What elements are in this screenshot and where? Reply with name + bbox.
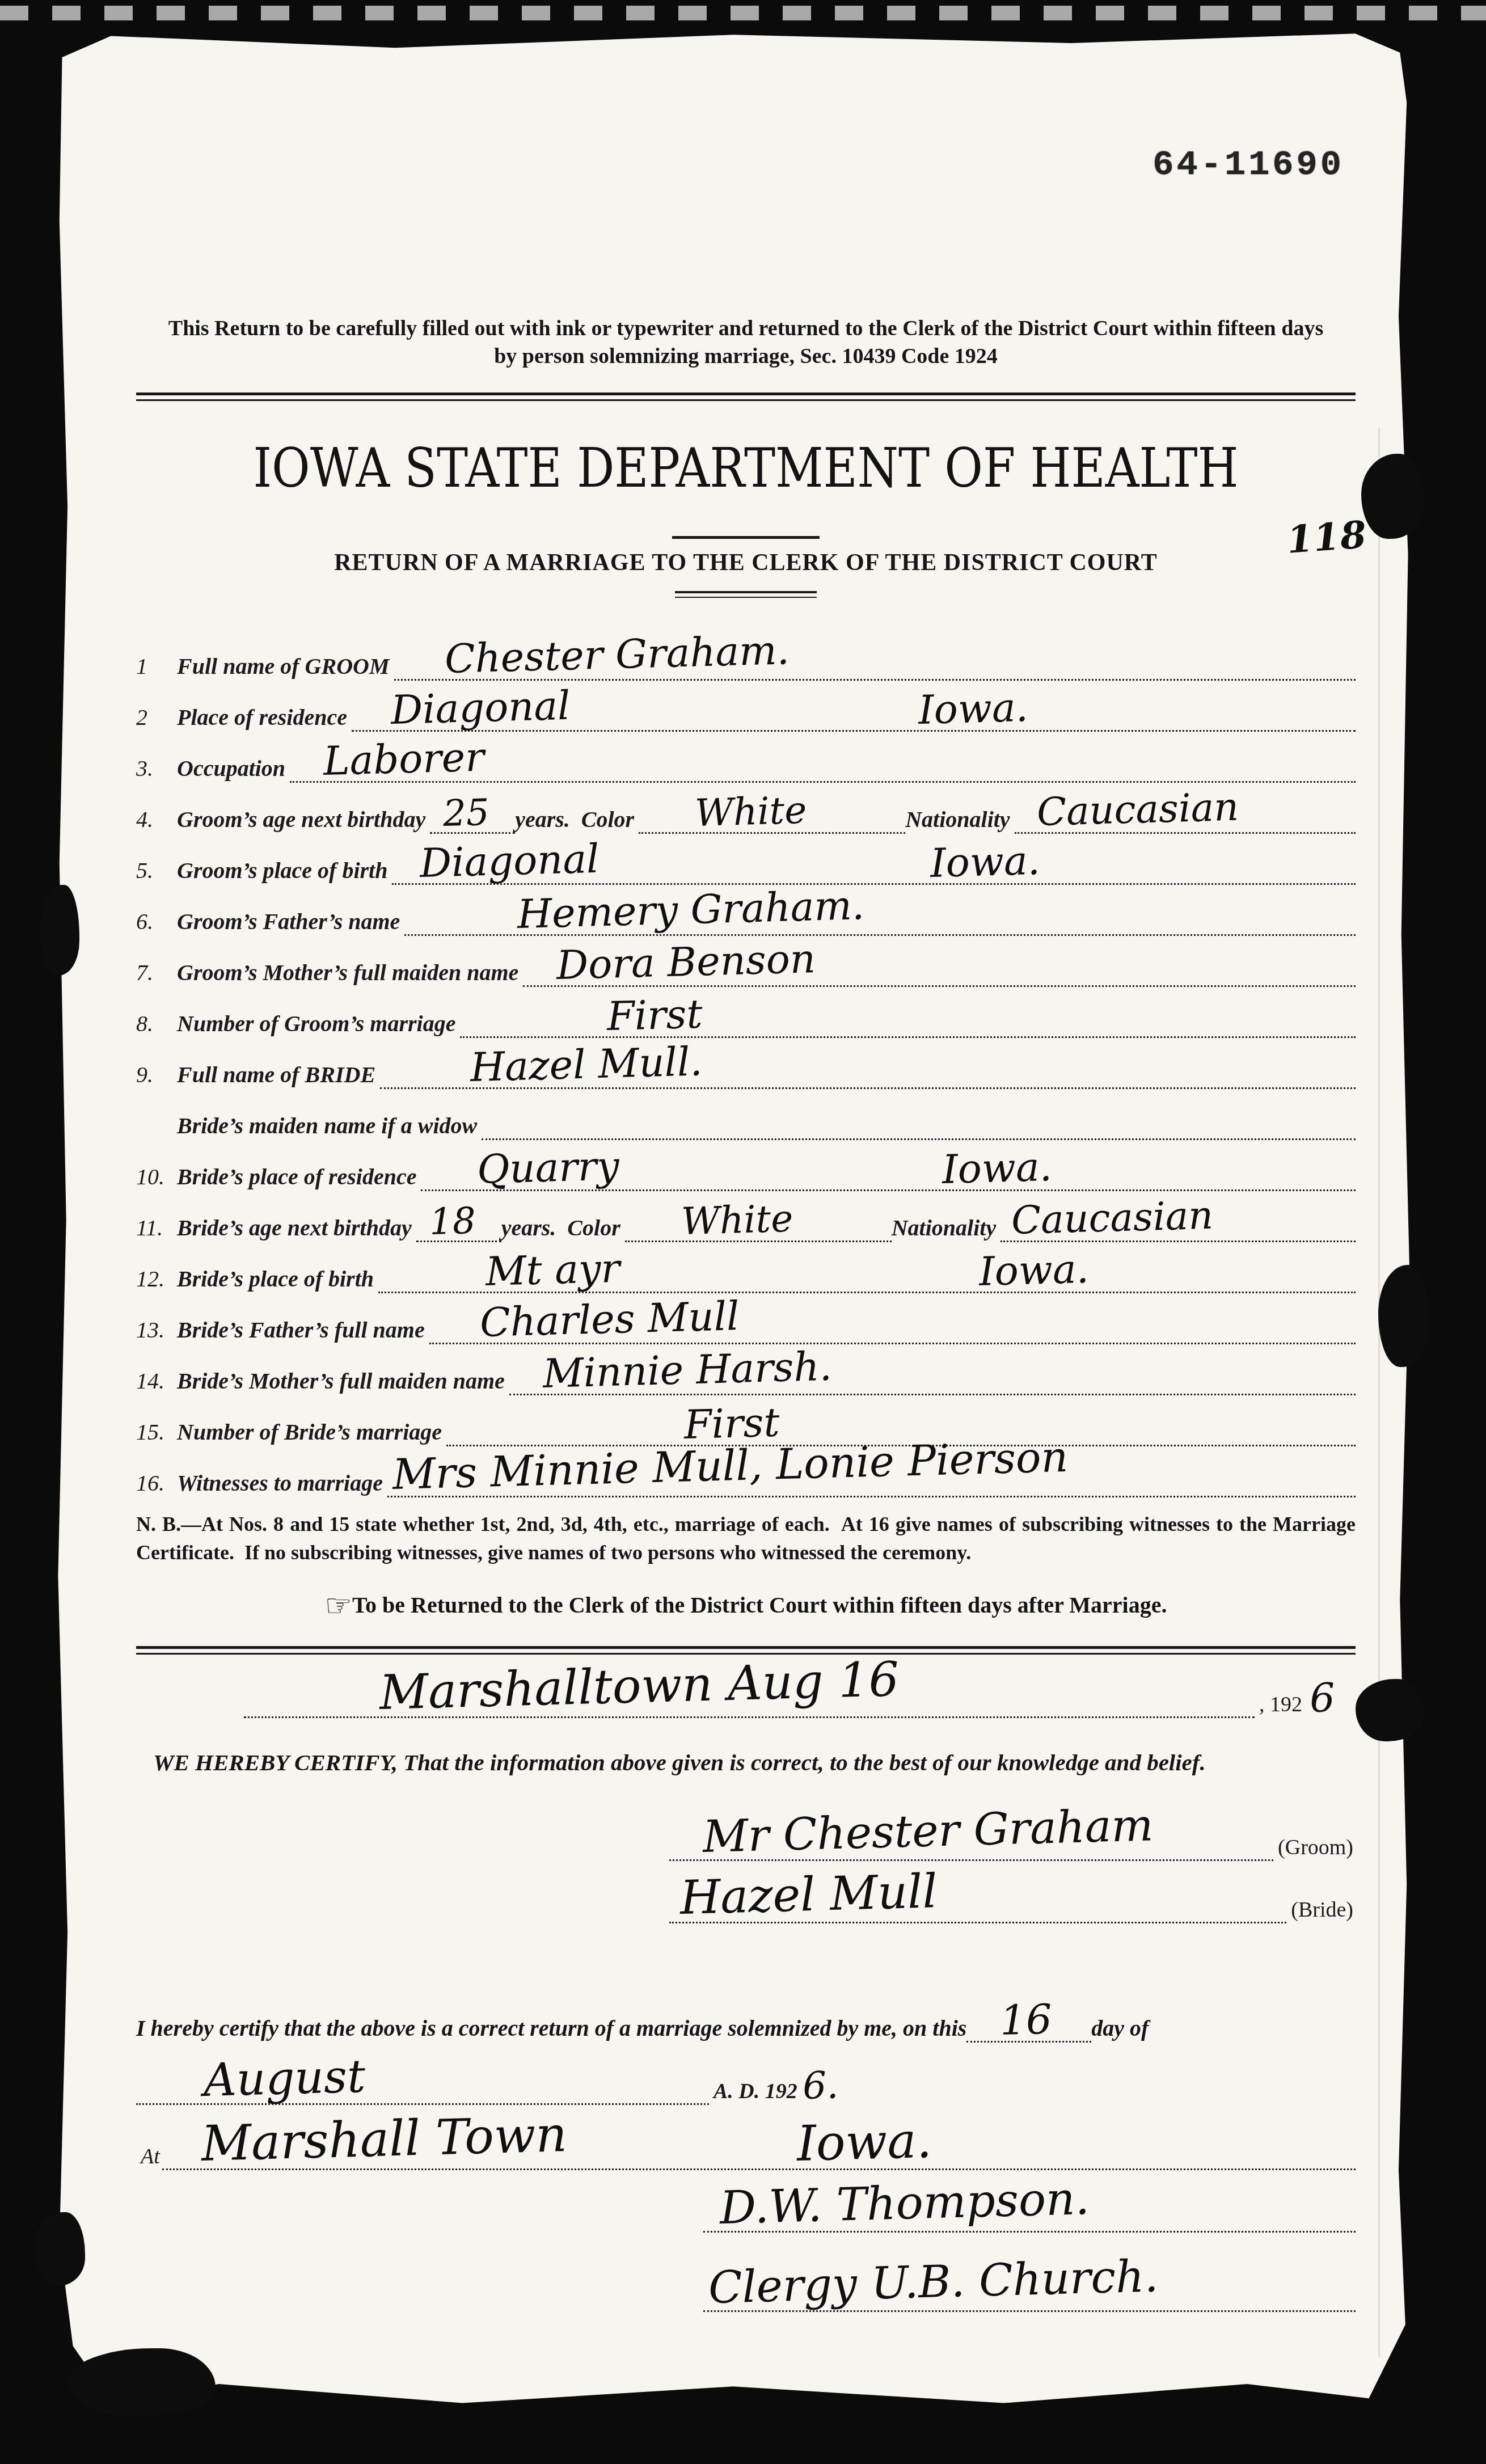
fill-line: First: [460, 985, 1356, 1038]
handwritten-value: White: [681, 1200, 793, 1241]
certificate-paper: 64-11690 This Return to be carefully fil…: [57, 31, 1409, 2408]
fill-line: 25: [430, 781, 515, 834]
at-label: At: [136, 2144, 162, 2170]
row-number: 2: [136, 704, 177, 732]
form-row: 11.Bride’s age next birthday18years. Col…: [136, 1191, 1356, 1242]
form-row: 2Place of residenceDiagonalIowa.: [136, 681, 1356, 732]
handwritten-value: 25: [442, 795, 489, 832]
handwritten-state: Iowa.: [796, 2116, 932, 2168]
row-number: 13.: [136, 1317, 177, 1344]
short-rule-below-subtitle: [675, 591, 817, 598]
nb-note: N. B.—At Nos. 8 and 15 state whether 1st…: [136, 1510, 1356, 1567]
ad-printed: A. D. 192: [709, 2079, 800, 2105]
edge-blot: [1361, 454, 1424, 539]
scanned-document-page: 64-11690 This Return to be carefully fil…: [0, 0, 1486, 2464]
edge-blot: [1378, 1265, 1429, 1367]
handwritten-value: Diagonal: [420, 839, 600, 883]
place-date-fill-line: Marshalltown Aug 16: [244, 1653, 1255, 1718]
row-number: 6.: [136, 908, 177, 936]
fill-line: QuarryIowa.: [421, 1138, 1356, 1191]
handwritten-value: Dora Benson: [556, 939, 816, 985]
fill-line: White: [625, 1189, 892, 1242]
fill-line: Minnie Harsh.: [509, 1343, 1356, 1395]
subtitle-text: RETURN OF A MARRIAGE TO THE CLERK OF THE…: [334, 550, 1157, 576]
year-printed-prefix: , 192: [1255, 1692, 1305, 1718]
marriage-return-form: 1Full name of GROOMChester Graham.2Place…: [136, 630, 1356, 1497]
row-number: [136, 1139, 177, 1140]
handwritten-value: Iowa.: [942, 1147, 1053, 1189]
row-label: years. Color: [501, 1214, 625, 1242]
row-number: 3.: [136, 755, 177, 783]
row-label: Witnesses to marriage: [177, 1470, 387, 1497]
double-rule-top: [136, 393, 1356, 401]
edge-blot: [34, 2212, 85, 2286]
row-label: years. Color: [515, 806, 639, 834]
row-label: Bride’s Mother’s full maiden name: [177, 1368, 509, 1395]
row-label: Full name of GROOM: [177, 653, 394, 681]
row-number: 14.: [136, 1368, 177, 1395]
officiant-signature-line: D.W. Thompson.: [703, 2168, 1356, 2233]
fill-line: Dora Benson: [523, 934, 1356, 987]
handwritten-value: Laborer: [323, 737, 484, 780]
return-instructions: This Return to be carefully filled out w…: [136, 315, 1356, 371]
handwritten-value: First: [683, 1402, 780, 1444]
groom-label: (Groom): [1273, 1835, 1356, 1861]
edge-blot: [40, 885, 79, 976]
officiant-title-line: Clergy U.B. Church.: [703, 2231, 1356, 2312]
bride-label: (Bride): [1286, 1897, 1356, 1923]
solemnization-suffix: day of: [1091, 2015, 1149, 2043]
row-label: Bride’s Father’s full name: [177, 1317, 429, 1344]
row-number: 1: [136, 653, 177, 681]
handwritten-value: First: [607, 994, 703, 1036]
handwritten-value: Quarry: [477, 1146, 620, 1189]
row-number: 11.: [136, 1214, 177, 1242]
row-label: Groom’s Mother’s full maiden name: [177, 959, 523, 987]
fill-line: 18: [416, 1189, 501, 1242]
fill-line: Mt ayrIowa.: [378, 1241, 1356, 1293]
row-label: Bride’s maiden name if a widow: [177, 1112, 482, 1140]
fill-line: White: [639, 781, 905, 834]
handwritten-value: Caucasian: [1011, 1196, 1214, 1240]
document-title: IOWA STATE DEPARTMENT OF HEALTH: [222, 436, 1270, 500]
form-row: 5.Groom’s place of birthDiagonalIowa.: [136, 834, 1356, 885]
form-row: 6.Groom’s Father’s nameHemery Graham.: [136, 885, 1356, 936]
row-label: Bride’s place of birth: [177, 1265, 378, 1293]
form-row: 8.Number of Groom’s marriageFirst: [136, 987, 1356, 1038]
paper-crease: [1378, 428, 1380, 2357]
fill-line: Hemery Graham.: [404, 883, 1356, 936]
row-label: Groom’s Father’s name: [177, 908, 404, 936]
return-instructions-line1: This Return to be carefully filled out w…: [168, 317, 1323, 340]
form-row: 1Full name of GROOMChester Graham.: [136, 630, 1356, 681]
return-notice: ☞To be Returned to the Clerk of the Dist…: [136, 1588, 1356, 1623]
form-row: Bride’s maiden name if a widow: [136, 1089, 1356, 1140]
return-notice-text: To be Returned to the Clerk of the Distr…: [352, 1592, 1167, 1618]
month-year-line: August A. D. 192 6.: [136, 2043, 1356, 2105]
fill-line: Chester Graham.: [394, 628, 1356, 681]
row-number: 15.: [136, 1419, 177, 1446]
row-label: Groom’s age next birthday: [177, 806, 430, 834]
form-row: 3.OccupationLaborer: [136, 732, 1356, 783]
form-row: 16.Witnesses to marriageMrs Minnie Mull,…: [136, 1446, 1356, 1497]
month-fill-line: August: [136, 2041, 709, 2105]
handwritten-year-digit: 6: [1309, 1677, 1335, 1718]
row-number: 5.: [136, 857, 177, 885]
row-label: Nationality: [892, 1214, 1000, 1242]
handwritten-month: August: [203, 2053, 366, 2103]
handwritten-value: Mt ayr: [485, 1248, 620, 1292]
handwritten-value: Hemery Graham.: [517, 885, 866, 934]
solemnization-prefix: I hereby certify that the above is a cor…: [136, 2015, 966, 2043]
row-label: Full name of BRIDE: [177, 1061, 380, 1089]
fill-line: Caucasian: [1015, 781, 1356, 834]
return-instructions-line2: by person solemnizing marriage, Sec. 104…: [494, 344, 998, 368]
fill-line: Caucasian: [1000, 1189, 1356, 1242]
handwritten-place-date: Marshalltown Aug 16: [379, 1655, 900, 1716]
row-number: 16.: [136, 1470, 177, 1497]
form-row: 9.Full name of BRIDEHazel Mull.: [136, 1038, 1356, 1089]
row-number: 7.: [136, 959, 177, 987]
edge-blot: [1356, 1679, 1424, 1741]
bride-signature-line: Hazel Mull: [669, 1859, 1286, 1923]
row-number: 4.: [136, 806, 177, 834]
handwritten-ad-year: 6.: [802, 2066, 839, 2105]
fill-line: Hazel Mull.: [380, 1036, 1356, 1089]
row-label: Bride’s age next birthday: [177, 1214, 416, 1242]
at-place-line: At Marshall Town Iowa.: [136, 2105, 1356, 2170]
form-row: 14.Bride’s Mother’s full maiden nameMinn…: [136, 1344, 1356, 1395]
row-label: Groom’s place of birth: [177, 857, 392, 885]
fill-line: Mrs Minnie Mull, Lonie Pierson: [387, 1445, 1356, 1497]
handwritten-value: Caucasian: [1036, 788, 1239, 832]
ad-year-fill: 6.: [800, 2043, 868, 2105]
handwritten-day: 16: [999, 1998, 1052, 2040]
form-row: 10.Bride’s place of residenceQuarryIowa.: [136, 1140, 1356, 1191]
officiant-signature-row: D.W. Thompson.: [703, 2170, 1356, 2233]
handwritten-page-number: 118: [1286, 512, 1369, 562]
bride-signature-row: Hazel Mull (Bride): [669, 1861, 1356, 1923]
officiant-title: Clergy U.B. Church.: [708, 2254, 1159, 2310]
handwritten-value: White: [694, 792, 807, 832]
handwritten-value: Diagonal: [390, 686, 571, 730]
handwritten-place: Marshall Town: [201, 2110, 568, 2168]
handwritten-value: Charles Mull: [479, 1296, 740, 1343]
day-fill-line: 16: [966, 2001, 1091, 2043]
place-fill-line: Marshall Town Iowa.: [162, 2103, 1356, 2170]
officiant-signature: D.W. Thompson.: [719, 2176, 1090, 2231]
row-label: Bride’s place of residence: [177, 1163, 421, 1191]
spacer: [136, 1923, 1356, 1986]
officiant-title-row: Clergy U.B. Church.: [703, 2233, 1356, 2312]
handwritten-value: Hazel Mull.: [470, 1041, 703, 1087]
row-number: 9.: [136, 1061, 177, 1089]
form-row: 12.Bride’s place of birthMt ayrIowa.: [136, 1242, 1356, 1293]
place-date-line: Marshalltown Aug 16 , 192 6: [244, 1655, 1356, 1718]
bride-signature: Hazel Mull: [679, 1868, 938, 1922]
row-label: Place of residence: [177, 704, 352, 732]
row-label: Number of Bride’s marriage: [177, 1419, 446, 1446]
fill-line: DiagonalIowa.: [352, 679, 1356, 732]
row-label: Nationality: [905, 806, 1014, 834]
handwritten-value: Iowa.: [918, 687, 1028, 730]
handwritten-value: Iowa.: [978, 1249, 1089, 1292]
groom-signature-row: Mr Chester Graham (Groom): [669, 1776, 1356, 1861]
handwritten-value: Minnie Harsh.: [542, 1346, 832, 1393]
row-number: 8.: [136, 1010, 177, 1038]
pointing-hand-icon: ☞: [325, 1589, 352, 1623]
certificate-content: This Return to be carefully filled out w…: [136, 31, 1356, 2312]
document-subtitle: RETURN OF A MARRIAGE TO THE CLERK OF THE…: [136, 549, 1356, 576]
fill-line: [482, 1087, 1356, 1140]
short-rule-above-subtitle: [672, 536, 820, 539]
form-row: 4.Groom’s age next birthday25years. Colo…: [136, 783, 1356, 834]
edge-blot: [68, 2348, 216, 2416]
form-row: 7.Groom’s Mother’s full maiden nameDora …: [136, 936, 1356, 987]
row-number: 10.: [136, 1163, 177, 1191]
groom-signature: Mr Chester Graham: [702, 1803, 1154, 1859]
groom-signature-line: Mr Chester Graham: [669, 1774, 1273, 1861]
row-label: Number of Groom’s marriage: [177, 1010, 460, 1038]
row-number: 12.: [136, 1265, 177, 1293]
form-row: 13.Bride’s Father’s full nameCharles Mul…: [136, 1293, 1356, 1344]
handwritten-value: 18: [429, 1203, 476, 1241]
fill-line: Charles Mull: [429, 1292, 1356, 1344]
film-perforation-strip: [0, 6, 1486, 20]
fill-line: Laborer: [290, 730, 1356, 783]
year-fill: 6: [1305, 1655, 1356, 1718]
row-label: Occupation: [177, 755, 290, 783]
handwritten-value: Mrs Minnie Mull, Lonie Pierson: [392, 1436, 1069, 1496]
handwritten-value: Iowa.: [930, 841, 1041, 883]
solemnization-line: I hereby certify that the above is a cor…: [136, 1986, 1356, 2043]
handwritten-value: Chester Graham.: [444, 630, 790, 679]
form-row: 15.Number of Bride’s marriageFirst: [136, 1395, 1356, 1446]
we-hereby-certify-text: WE HEREBY CERTIFY, That the information …: [153, 1749, 1356, 1776]
fill-line: DiagonalIowa.: [392, 832, 1356, 885]
